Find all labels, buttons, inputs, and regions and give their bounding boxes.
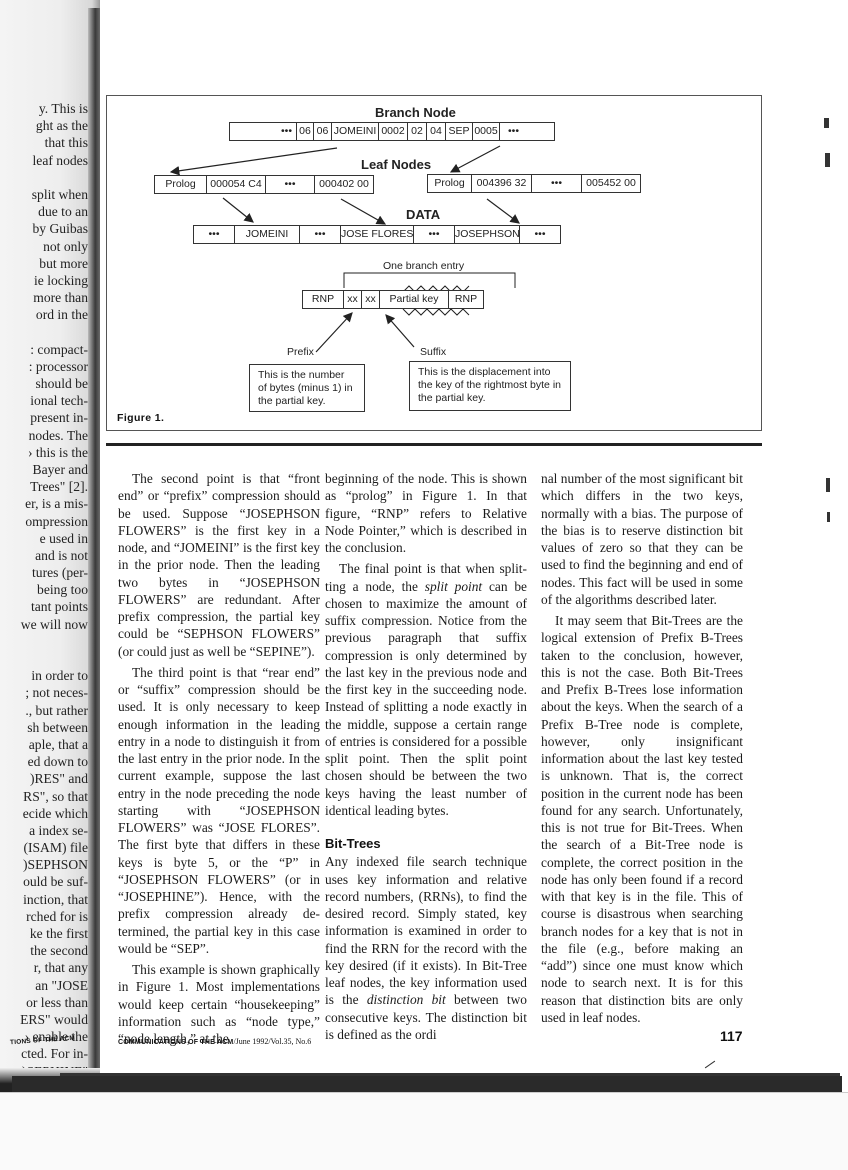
branch-node-title: Branch Node	[375, 105, 456, 120]
branch-cell: •••	[230, 123, 297, 140]
left-page-line: that this	[4, 134, 88, 151]
left-page-line: due to an	[4, 203, 88, 220]
prefix-note: This is the number of bytes (minus 1) in…	[249, 364, 365, 412]
branch-cell: SEP	[446, 123, 473, 140]
left-page-line: more than	[4, 289, 88, 306]
entry-cell-rnp: RNP	[303, 291, 344, 308]
left-page-line: y. This is	[4, 100, 88, 117]
journal-name: COMMUNICATIONS OF THE ACM	[118, 1039, 233, 1046]
left-page-line: but more	[4, 255, 88, 272]
left-page-line: the second	[4, 942, 88, 959]
left-page-line: ould be suf-	[4, 873, 88, 890]
left-page-line: split when	[4, 186, 88, 203]
paragraph: The final point is that when split­ting …	[325, 560, 527, 819]
left-page-line: : compact-	[4, 341, 88, 358]
entry-cell-partial-key: Partial key	[380, 291, 448, 308]
data-cell: JOSEPHSON	[455, 226, 520, 243]
left-page-line: e used in	[4, 530, 88, 547]
left-page-line: ecide which	[4, 805, 88, 822]
data-cell: •••	[520, 226, 560, 243]
left-page-line: ERS" would	[4, 1011, 88, 1028]
left-page-line: r, that any	[4, 959, 88, 976]
left-page-line: or less than	[4, 994, 88, 1011]
left-page-line: aple, that a	[4, 736, 88, 753]
text-column-2: beginning of the node. This is shown as …	[325, 470, 527, 1043]
left-page-line: and is not	[4, 547, 88, 564]
branch-node-row: ••• 06 06 JOMEINI 0002 02 04 SEP 0005 ••…	[229, 122, 555, 141]
scan-mark	[827, 512, 830, 522]
scan-mark	[825, 153, 830, 167]
left-page-line: ie locking	[4, 272, 88, 289]
paragraph: The second point is that “front end” or …	[118, 470, 320, 660]
left-page-line: present in-	[4, 409, 88, 426]
left-page-line	[4, 169, 88, 186]
left-page-line: ed down to	[4, 753, 88, 770]
left-page-line: ght as the	[4, 117, 88, 134]
leaf-cell: •••	[532, 175, 582, 192]
branch-cell: •••	[500, 123, 554, 140]
left-page-line: inction, that	[4, 891, 88, 908]
leaf-cell: Prolog	[428, 175, 472, 192]
left-page-line: by Guibas	[4, 220, 88, 237]
branch-entry-row: RNP xx xx Partial key RNP	[302, 290, 484, 309]
leaf-cell: 005452 00	[582, 175, 640, 192]
left-page-line: nodes. The	[4, 427, 88, 444]
branch-cell: 0005	[473, 123, 500, 140]
data-cell: •••	[300, 226, 341, 243]
left-page-line: )RES" and	[4, 770, 88, 787]
branch-cell: 04	[427, 123, 446, 140]
left-page-line	[4, 323, 88, 340]
figure-1: Branch Node ••• 06 06 JOMEINI 0002 02 04…	[106, 95, 762, 431]
data-cell: •••	[414, 226, 455, 243]
section-heading-bit-trees: Bit-Trees	[325, 835, 527, 852]
left-page-text: y. This isght as thethat thisleaf nodes …	[4, 100, 88, 1097]
left-page-line: Bayer and	[4, 461, 88, 478]
leaf-node-left-row: Prolog 000054 C4 ••• 000402 00	[154, 175, 374, 194]
journal-issue: /June 1992/Vol.35, No.6	[233, 1037, 311, 1046]
journal-footer: COMMUNICATIONS OF THE ACM/June 1992/Vol.…	[118, 1037, 311, 1046]
left-page-line: : processor	[4, 358, 88, 375]
suffix-note: This is the displacement into the key of…	[409, 361, 571, 411]
left-page-line: Trees" [2].	[4, 478, 88, 495]
leaf-cell: 000402 00	[315, 176, 373, 193]
leaf-nodes-title: Leaf Nodes	[361, 157, 431, 172]
left-page-line: we will now	[4, 616, 88, 633]
entry-cell-prefix: xx	[344, 291, 362, 308]
figure-caption: Figure 1.	[117, 412, 164, 424]
data-title: DATA	[406, 207, 440, 222]
prefix-label: Prefix	[287, 346, 314, 358]
text-column-3: nal number of the most significant bit w…	[541, 470, 743, 1026]
left-page-line: a index se-	[4, 822, 88, 839]
branch-cell: 02	[408, 123, 427, 140]
leaf-cell: Prolog	[155, 176, 207, 193]
leaf-node-right-row: Prolog 004396 32 ••• 005452 00	[427, 174, 641, 193]
suffix-label: Suffix	[420, 346, 446, 358]
page-edge-shadow	[12, 1076, 842, 1092]
scan-mark	[705, 1061, 715, 1069]
left-page-line: )SEPHSON	[4, 856, 88, 873]
paragraph: Any indexed file search technique uses k…	[325, 853, 527, 1043]
figure-rule	[106, 443, 762, 446]
page-number: 117	[720, 1028, 743, 1044]
left-page-line: leaf nodes	[4, 152, 88, 169]
scan-mark	[824, 118, 829, 128]
left-page-line: ional tech-	[4, 392, 88, 409]
left-page-line: being too	[4, 581, 88, 598]
left-page-line: rched for is	[4, 908, 88, 925]
left-page-line: (ISAM) file	[4, 839, 88, 856]
branch-entry-label: One branch entry	[383, 260, 464, 272]
emphasis-distinction-bit: distinction bit	[367, 992, 446, 1007]
left-page-line: sh between	[4, 719, 88, 736]
paragraph: nal number of the most significant bit w…	[541, 470, 743, 608]
left-page-line: an "JOSE	[4, 977, 88, 994]
text-run: can be chosen to maximize the amount of …	[325, 579, 527, 818]
text-run: Any indexed file search technique uses k…	[325, 854, 527, 1007]
left-page-line: tures (per-	[4, 564, 88, 581]
data-cell: JOMEINI	[235, 226, 300, 243]
data-cell: JOSE FLORES	[341, 226, 414, 243]
left-page-line: should be	[4, 375, 88, 392]
entry-cell-rnp: RNP	[448, 291, 483, 308]
left-page-line: › this is the	[4, 444, 88, 461]
branch-cell: 06	[297, 123, 314, 140]
left-page-line: RS", so that	[4, 788, 88, 805]
left-page-line: tant points	[4, 598, 88, 615]
left-page-line	[4, 650, 88, 667]
leaf-cell: •••	[266, 176, 315, 193]
left-page-line: er, is a mis-	[4, 495, 88, 512]
branch-cell: JOMEINI	[332, 123, 379, 140]
left-page-line: in order to	[4, 667, 88, 684]
left-page-line: ; not neces-	[4, 684, 88, 701]
leaf-cell: 004396 32	[472, 175, 532, 192]
branch-cell: 0002	[379, 123, 408, 140]
left-page-line	[4, 633, 88, 650]
paragraph: It may seem that Bit-Trees are the logic…	[541, 612, 743, 1026]
data-cell: •••	[194, 226, 235, 243]
paragraph: beginning of the node. This is shown as …	[325, 470, 527, 556]
data-row: ••• JOMEINI ••• JOSE FLORES ••• JOSEPHSO…	[193, 225, 561, 244]
emphasis-split-point: split point	[425, 579, 482, 594]
entry-cell-suffix: xx	[362, 291, 380, 308]
branch-cell: 06	[314, 123, 332, 140]
left-page-line: ke the first	[4, 925, 88, 942]
scan-mark	[826, 478, 830, 492]
left-page-line: not only	[4, 238, 88, 255]
scanner-background	[0, 1092, 848, 1170]
left-page-line: ord in the	[4, 306, 88, 323]
text-column-1: The second point is that “front end” or …	[118, 470, 320, 1047]
left-page-line: ., but rather	[4, 702, 88, 719]
paragraph: This example is shown graphi­cally in Fi…	[118, 961, 320, 1047]
book-spine	[88, 8, 100, 1083]
leaf-cell: 000054 C4	[207, 176, 266, 193]
paragraph: The third point is that “rear end” or “s…	[118, 664, 320, 957]
left-page-line: ompression	[4, 513, 88, 530]
left-page-line: cted. For in-	[4, 1045, 88, 1062]
